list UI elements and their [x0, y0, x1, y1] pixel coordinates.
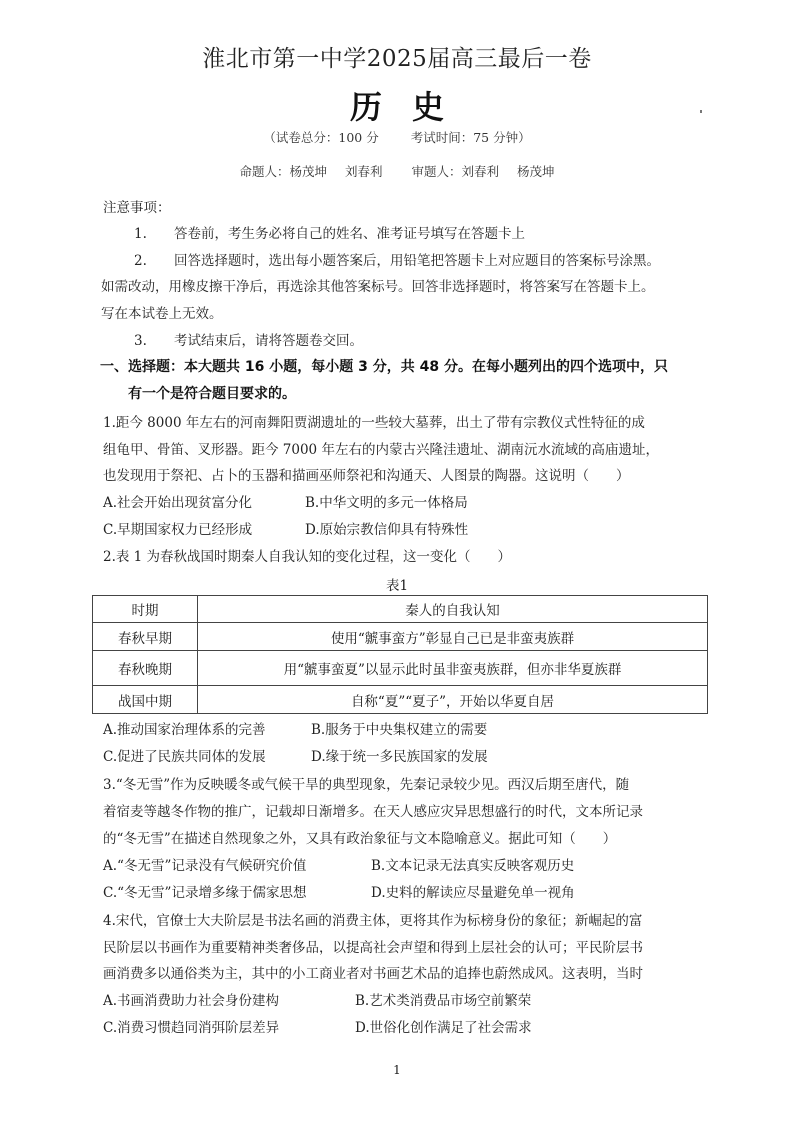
- table-cell: 使用“虩事蛮方”彰显自己已是非蛮夷族群: [198, 623, 708, 651]
- q2-options-row: C.促进了民族共同体的发展D.缘于统一多民族国家的发展: [103, 745, 488, 765]
- q1-option-a[interactable]: A.社会开始出现贫富分化: [103, 491, 305, 511]
- q3-options-row: A.“冬无雪”记录没有气候研究价值B.文本记录无法真实反映客观历史: [103, 854, 574, 874]
- section-heading: 一、选择题：本大题共 16 小题，每小题 3 分，共 48 分。在每小题列出的四…: [100, 356, 668, 376]
- setters: 命题人：杨茂坤: [239, 164, 327, 179]
- exam-time: 考试时间：75 分钟）: [411, 130, 531, 145]
- section-heading-cont: 有一个是符合题目要求的。: [128, 383, 296, 403]
- q3-options-row: C.“冬无雪”记录增多缘于儒家思想D.史料的解读应尽量避免单一视角: [103, 881, 575, 901]
- q4-option-b[interactable]: B.艺术类消费品市场空前繁荣: [355, 989, 531, 1009]
- q4-line: 画消费多以通俗类为主，其中的小工商业者对书画艺术品的追捧也蔚然成风。这表明，当时: [103, 962, 643, 982]
- q2-option-b[interactable]: B.服务于中央集权建立的需要: [311, 718, 487, 738]
- q1-option-c[interactable]: C.早期国家权力已经形成: [103, 518, 305, 538]
- q4-options-row: A.书画消费助力社会身份建构B.艺术类消费品市场空前繁荣: [103, 989, 531, 1009]
- q1-option-d[interactable]: D.原始宗教信仰具有特殊性: [305, 518, 468, 538]
- q4-line: 民阶层以书画作为重要精神类奢侈品，以提高社会声望和得到上层社会的认可；平民阶层书: [103, 936, 643, 956]
- q4-option-c[interactable]: C.消费习惯趋同消弭阶层差异: [103, 1016, 355, 1036]
- notice-text: 考试结束后，请将答题卷交回。: [174, 333, 363, 349]
- notice-text: 答卷前，考生务必将自己的姓名、准考证号填写在答题卡上: [174, 226, 525, 242]
- notice-item-2-cont: 如需改动，用橡皮擦干净后，再选涂其他答案标号。回答非选择题时，将答案写在答题卡上…: [101, 275, 655, 295]
- notice-num: 1.: [103, 226, 174, 242]
- q4-options-row: C.消费习惯趋同消弭阶层差异D.世俗化创作满足了社会需求: [103, 1016, 532, 1036]
- reviewers: 审题人：刘春利: [411, 164, 499, 179]
- q2-option-d[interactable]: D.缘于统一多民族国家的发展: [311, 745, 488, 765]
- table-caption: 表1: [0, 574, 794, 594]
- table-row: 春秋早期 使用“虩事蛮方”彰显自己已是非蛮夷族群: [93, 623, 708, 651]
- q1-line: 也发现用于祭祀、占卜的玉器和描画巫师祭祀和沟通天、人图景的陶器。这说明（ ）: [103, 464, 630, 484]
- notice-text: 回答选择题时，选出每小题答案后，用铅笔把答题卡上对应题目的答案标号涂黑。: [174, 253, 660, 269]
- q3-line: 着宿麦等越冬作物的推广，记载却日渐增多。在天人感应灾异思想盛行的时代，文本所记录: [103, 800, 643, 820]
- q1-options-row: A.社会开始出现贫富分化B.中华文明的多元一体格局: [103, 491, 468, 511]
- setter-2: 刘春利: [345, 164, 383, 179]
- q2-line: 2.表 1 为春秋战国时期秦人自我认知的变化过程，这一变化（ ）: [103, 545, 511, 565]
- q4-line: 4.宋代，官僚士大夫阶层是书法名画的消费主体，更将其作为标榜身份的象征；新崛起的…: [103, 909, 642, 929]
- q1-line: 组龟甲、骨笛、叉形器。距今 7000 年左右的内蒙古兴隆洼遗址、湖南沅水流域的高…: [103, 438, 659, 458]
- q4-option-a[interactable]: A.书画消费助力社会身份建构: [103, 989, 355, 1009]
- total-score: （试卷总分：100 分: [263, 130, 378, 145]
- q4-option-d[interactable]: D.世俗化创作满足了社会需求: [355, 1016, 532, 1036]
- notice-num: 2.: [103, 253, 174, 269]
- subject-title: 历史: [0, 82, 794, 128]
- table-row: 战国中期 自称“夏”“夏子”，开始以华夏自居: [93, 686, 708, 714]
- q3-option-c[interactable]: C.“冬无雪”记录增多缘于儒家思想: [103, 881, 371, 901]
- table-cell: 自称“夏”“夏子”，开始以华夏自居: [198, 686, 708, 714]
- notice-num: 3.: [103, 333, 174, 349]
- q2-option-a[interactable]: A.推动国家治理体系的完善: [103, 718, 311, 738]
- q2-option-c[interactable]: C.促进了民族共同体的发展: [103, 745, 311, 765]
- q3-option-d[interactable]: D.史料的解读应尽量避免单一视角: [371, 881, 575, 901]
- q1-option-b[interactable]: B.中华文明的多元一体格局: [305, 491, 468, 511]
- table-cell: 春秋早期: [93, 623, 198, 651]
- table-cell: 战国中期: [93, 686, 198, 714]
- exam-meta: （试卷总分：100 分 考试时间：75 分钟）: [0, 128, 794, 146]
- q3-line: 的“冬无雪”在描述自然现象之外，又具有政治象征与文本隐喻意义。据此可知（ ）: [103, 827, 616, 847]
- table-1: 时期 秦人的自我认知 春秋早期 使用“虩事蛮方”彰显自己已是非蛮夷族群 春秋晚期…: [92, 595, 708, 714]
- notice-item-2-cont2: 写在本试卷上无效。: [101, 302, 223, 322]
- table-row: 春秋晚期 用“虩事蛮夏”以显示此时虽非蛮夷族群，但亦非华夏族群: [93, 651, 708, 686]
- q3-option-b[interactable]: B.文本记录无法真实反映客观历史: [371, 854, 574, 874]
- q2-options-row: A.推动国家治理体系的完善B.服务于中央集权建立的需要: [103, 718, 487, 738]
- q1-line: 1.距今 8000 年左右的河南舞阳贾湖遗址的一些较大墓葬，出土了带有宗教仪式性…: [103, 411, 645, 431]
- table-header: 秦人的自我认知: [198, 596, 708, 623]
- reviewer-2: 杨茂坤: [517, 164, 555, 179]
- q3-option-a[interactable]: A.“冬无雪”记录没有气候研究价值: [103, 854, 371, 874]
- notice-item-1: 1.答卷前，考生务必将自己的姓名、准考证号填写在答题卡上: [103, 222, 525, 242]
- notice-item-2: 2.回答选择题时，选出每小题答案后，用铅笔把答题卡上对应题目的答案标号涂黑。: [103, 249, 660, 269]
- table-cell: 春秋晚期: [93, 651, 198, 686]
- q3-line: 3.“冬无雪”作为反映暖冬或气候干旱的典型现象，先秦记录较少见。西汉后期至唐代，…: [103, 773, 629, 793]
- exam-title: 淮北市第一中学2025届高三最后一卷: [0, 40, 794, 73]
- notice-item-3: 3.考试结束后，请将答题卷交回。: [103, 329, 363, 349]
- table-cell: 用“虩事蛮夏”以显示此时虽非蛮夷族群，但亦非华夏族群: [198, 651, 708, 686]
- notice-heading: 注意事项：: [103, 196, 171, 216]
- exam-authors: 命题人：杨茂坤 刘春利 审题人：刘春利 杨茂坤: [0, 162, 794, 180]
- table-header-row: 时期 秦人的自我认知: [93, 596, 708, 623]
- q1-options-row: C.早期国家权力已经形成D.原始宗教信仰具有特殊性: [103, 518, 468, 538]
- table-header: 时期: [93, 596, 198, 623]
- page-number: 1: [0, 1063, 794, 1077]
